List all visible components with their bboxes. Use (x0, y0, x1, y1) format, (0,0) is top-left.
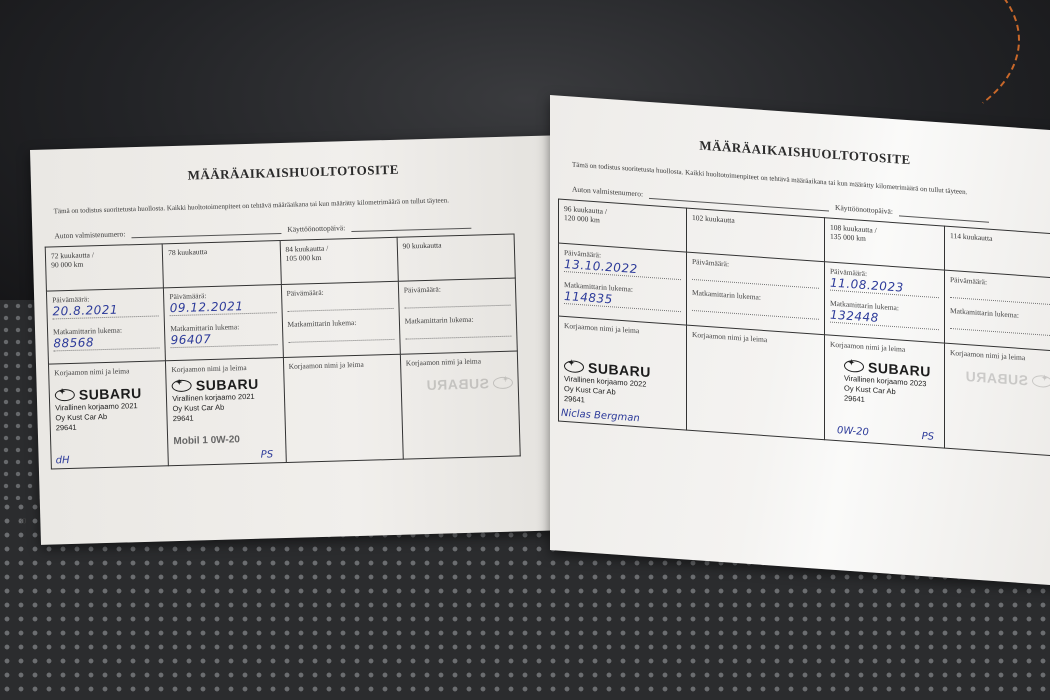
right-page: MÄÄRÄAIKAISHUOLTOTOSITE Tämä on todistus… (550, 95, 1050, 586)
service-date[interactable]: 09.12.2021 (170, 298, 277, 316)
workshop-cell: Korjaamon nimi ja leima (283, 354, 403, 462)
oil-note: 0W-20 (837, 425, 869, 438)
service-date[interactable] (287, 295, 394, 312)
service-date[interactable] (404, 292, 511, 309)
workshop-stamp: SUBARU Virallinen korjaamo 2021 Oy Kust … (55, 384, 162, 433)
reading-cell: Päivämäärä: Matkamittarin lukema: (687, 252, 825, 335)
page-number: 30 (18, 516, 26, 525)
workshop-stamp: SUBARU Virallinen korjaamo 2023 Oy Kust … (844, 358, 939, 411)
signature: dH (56, 455, 70, 466)
vin-field[interactable] (131, 226, 281, 238)
interval-header: 114 kuukautta (945, 226, 1050, 278)
workshop-cell: Korjaamon nimi ja leima SUBARU (945, 343, 1050, 456)
reading-cell: Päivämäärä: Matkamittarin lukema: (398, 278, 517, 354)
reading-cell: Päivämäärä: Matkamittarin lukema: (281, 281, 400, 357)
workshop-cell: Korjaamon nimi ja leima SUBARU Viralline… (559, 316, 687, 430)
commission-label: Käyttöönottopäivä: (287, 223, 345, 234)
bleed-through-stamp: SUBARU (950, 367, 1050, 390)
subaru-logo-icon (564, 360, 584, 373)
service-grid-right: 96 kuukautta /120 000 km 102 kuukautta 1… (558, 199, 1050, 457)
odometer-value[interactable]: 88568 (53, 333, 160, 351)
reading-cell: Päivämäärä: 13.10.2022 Matkamittarin luk… (559, 243, 687, 325)
workshop-cell: Korjaamon nimi ja leima SUBARU Viralline… (825, 335, 945, 448)
signature: PS (922, 431, 934, 443)
reading-cell: Päivämäärä: 20.8.2021 Matkamittarin luke… (46, 288, 165, 364)
commission-field[interactable] (351, 221, 471, 232)
interval-header: 78 kuukautta (162, 241, 280, 288)
subaru-logo-icon (172, 380, 192, 393)
subaru-logo-icon (55, 389, 75, 402)
signature: Niclas Bergman (561, 408, 640, 425)
workshop-cell: Korjaamon nimi ja leima SUBARU Viralline… (166, 358, 286, 466)
workshop-cell: Korjaamon nimi ja leima SUBARU Viralline… (48, 361, 168, 469)
interval-header: 90 kuukautta (397, 234, 515, 281)
signature: PS (261, 449, 274, 460)
oil-stamp: Mobil 1 0W-20 (173, 433, 280, 447)
left-page: MÄÄRÄAIKAISHUOLTOTOSITE Tämä on todistus… (30, 135, 566, 545)
commission-field[interactable] (899, 208, 989, 222)
commission-label: Käyttöönottopäivä: (835, 203, 893, 216)
bleed-through-stamp: SUBARU (406, 375, 513, 394)
workshop-stamp: SUBARU Virallinen korjaamo 2022 Oy Kust … (564, 358, 681, 412)
page-title: MÄÄRÄAIKAISHUOLTOTOSITE (31, 157, 556, 188)
odometer-value[interactable] (405, 323, 512, 340)
workshop-cell: Korjaamon nimi ja leima (687, 325, 825, 440)
interval-header: 84 kuukautta /105 000 km (280, 237, 398, 284)
vin-label: Auton valmistenumero: (54, 229, 125, 240)
intro-text: Tämä on todistus suoritetusta huollosta.… (32, 191, 557, 218)
workshop-stamp: SUBARU Virallinen korjaamo 2021 Oy Kust … (172, 375, 280, 447)
vin-label: Auton valmistenumero: (572, 185, 643, 199)
odometer-value[interactable] (288, 326, 395, 343)
subaru-logo-icon (844, 360, 864, 373)
workshop-cell: Korjaamon nimi ja leima SUBARU (400, 351, 520, 459)
odometer-value[interactable]: 96407 (170, 330, 277, 348)
reading-cell: Päivämäärä: 11.08.2023 Matkamittarin luk… (825, 262, 945, 343)
reading-cell: Päivämäärä: 09.12.2021 Matkamittarin luk… (164, 285, 283, 361)
interval-header: 72 kuukautta /90 000 km (45, 244, 163, 291)
service-date[interactable]: 20.8.2021 (52, 301, 159, 319)
reading-cell: Päivämäärä: Matkamittarin lukema: (945, 270, 1050, 351)
service-grid-left: 72 kuukautta /90 000 km 78 kuukautta 84 … (45, 234, 521, 470)
